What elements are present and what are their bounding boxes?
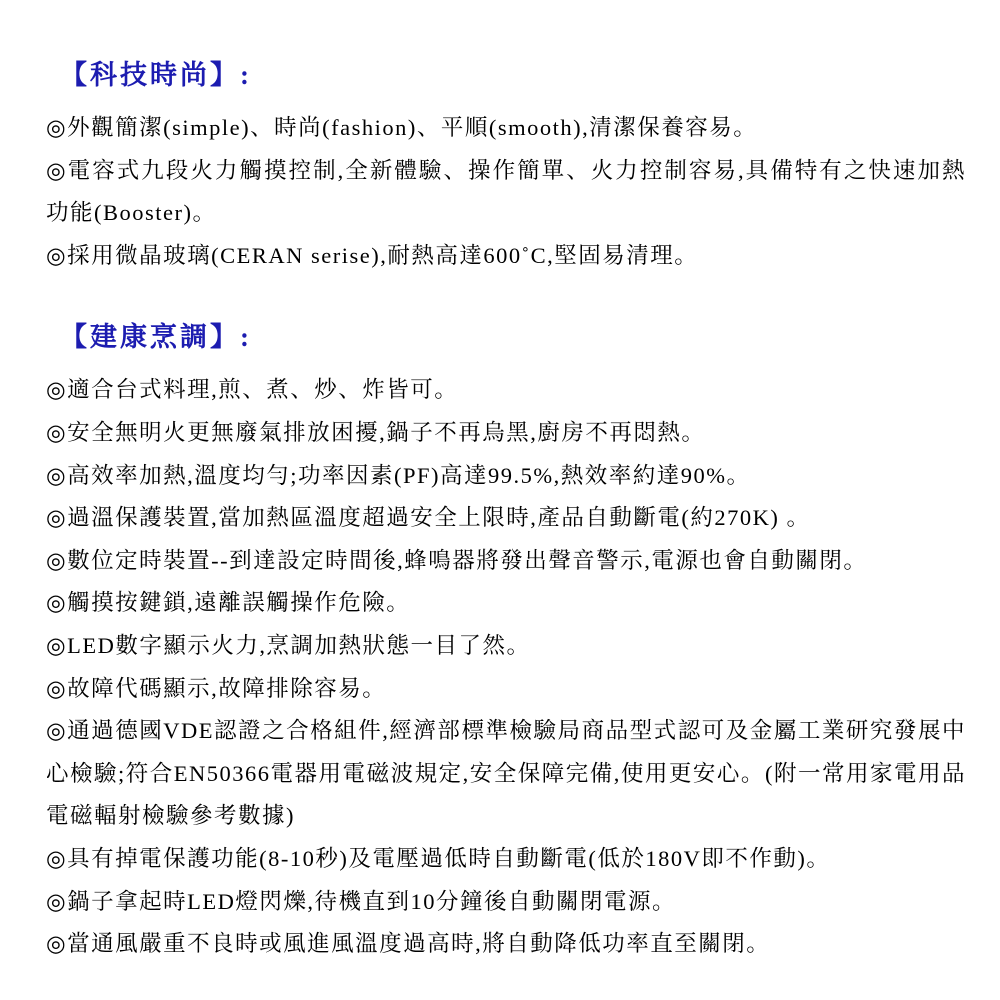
section-heading-healthy-cooking: 【建康烹調】: bbox=[60, 318, 966, 356]
feature-item: ◎適合台式料理,煎、煮、炒、炸皆可。 bbox=[46, 369, 966, 412]
feature-item: ◎過溫保護裝置,當加熱區溫度超過安全上限時,產品自動斷電(約270K) 。 bbox=[46, 497, 966, 540]
feature-item: ◎當通風嚴重不良時或風進風溫度過高時,將自動降低功率直至關閉。 bbox=[46, 923, 966, 966]
feature-item: ◎安全無明火更無廢氣排放困擾,鍋子不再烏黑,廚房不再悶熱。 bbox=[46, 412, 966, 455]
feature-item: ◎數位定時裝置--到達設定時間後,蜂鳴器將發出聲音警示,電源也會自動關閉。 bbox=[46, 540, 966, 583]
feature-item: ◎外觀簡潔(simple)、時尚(fashion)、平順(smooth),清潔保… bbox=[46, 107, 966, 150]
product-description-document: 【科技時尚】: ◎外觀簡潔(simple)、時尚(fashion)、平順(smo… bbox=[0, 0, 1000, 1000]
feature-item: ◎電容式九段火力觸摸控制,全新體驗、操作簡單、火力控制容易,具備特有之快速加熱功… bbox=[46, 150, 966, 235]
feature-item: ◎具有掉電保護功能(8-10秒)及電壓過低時自動斷電(低於180V即不作動)。 bbox=[46, 838, 966, 881]
section-healthy-cooking: 【建康烹調】: ◎適合台式料理,煎、煮、炒、炸皆可。 ◎安全無明火更無廢氣排放困… bbox=[46, 318, 966, 965]
feature-item: ◎故障代碼顯示,故障排除容易。 bbox=[46, 668, 966, 711]
feature-item: ◎通過德國VDE認證之合格組件,經濟部標準檢驗局商品型式認可及金屬工業研究發展中… bbox=[46, 710, 966, 838]
feature-item: ◎採用微晶玻璃(CERAN serise),耐熱高達600˚C,堅固易清理。 bbox=[46, 235, 966, 278]
feature-item: ◎高效率加熱,溫度均勻;功率因素(PF)高達99.5%,熱效率約達90%。 bbox=[46, 455, 966, 498]
section-tech-style: 【科技時尚】: ◎外觀簡潔(simple)、時尚(fashion)、平順(smo… bbox=[46, 56, 966, 277]
feature-item: ◎LED數字顯示火力,烹調加熱狀態一目了然。 bbox=[46, 625, 966, 668]
feature-item: ◎鍋子拿起時LED燈閃爍,待機直到10分鐘後自動關閉電源。 bbox=[46, 881, 966, 924]
feature-item: ◎觸摸按鍵鎖,遠離誤觸操作危險。 bbox=[46, 582, 966, 625]
section-heading-tech-style: 【科技時尚】: bbox=[60, 56, 966, 94]
